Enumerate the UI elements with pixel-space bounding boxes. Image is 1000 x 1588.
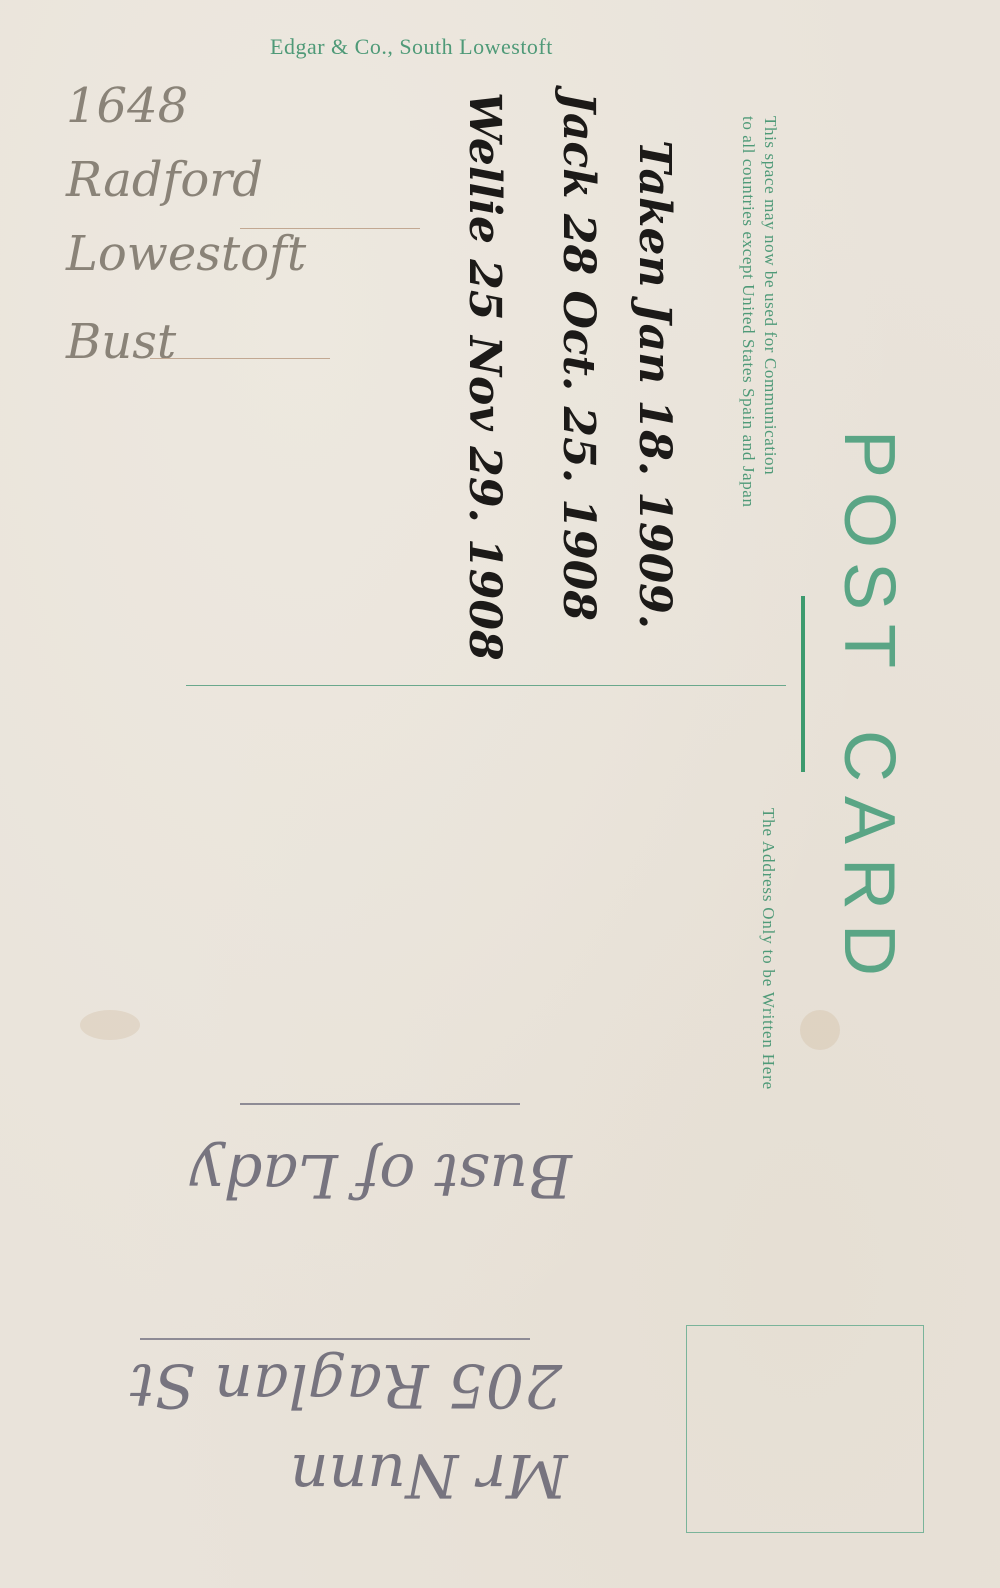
postcard-title-card: CARD bbox=[828, 730, 910, 990]
date-note-taken: Taken Jan 18. 1909. bbox=[629, 140, 680, 629]
underline bbox=[150, 358, 330, 359]
date-note-jack: Jack 28 Oct. 25. 1908 bbox=[553, 92, 604, 621]
communication-notice-line2: to all countries except United States Sp… bbox=[738, 116, 758, 508]
pencil-address-name: Mr Nunn bbox=[290, 1440, 568, 1510]
communication-notice-line1: This space may now be used for Communica… bbox=[760, 116, 780, 475]
vertical-divider bbox=[801, 596, 805, 772]
publisher-imprint: Edgar & Co., South Lowestoft bbox=[270, 34, 553, 60]
pencil-title: Bust of Lady bbox=[190, 1140, 572, 1210]
date-note-wellie: Wellie 25 Nov 29. 1908 bbox=[459, 92, 510, 661]
pencil-underline bbox=[140, 1338, 530, 1340]
address-notice: The Address Only to be Written Here bbox=[758, 808, 778, 1090]
horizontal-divider bbox=[186, 685, 786, 686]
reference-number: 1648 bbox=[66, 82, 188, 130]
reference-place: Lowestoft bbox=[66, 230, 306, 278]
stain bbox=[80, 1010, 140, 1040]
postcard-back: Edgar & Co., South Lowestoft This space … bbox=[0, 0, 1000, 1588]
postcard-title-post: POST bbox=[828, 430, 910, 682]
pencil-underline bbox=[240, 1103, 520, 1105]
stain bbox=[800, 1010, 840, 1050]
reference-name: Radford bbox=[66, 156, 263, 204]
stamp-box bbox=[686, 1325, 924, 1533]
pencil-address-street: 205 Raglan St bbox=[130, 1350, 562, 1420]
